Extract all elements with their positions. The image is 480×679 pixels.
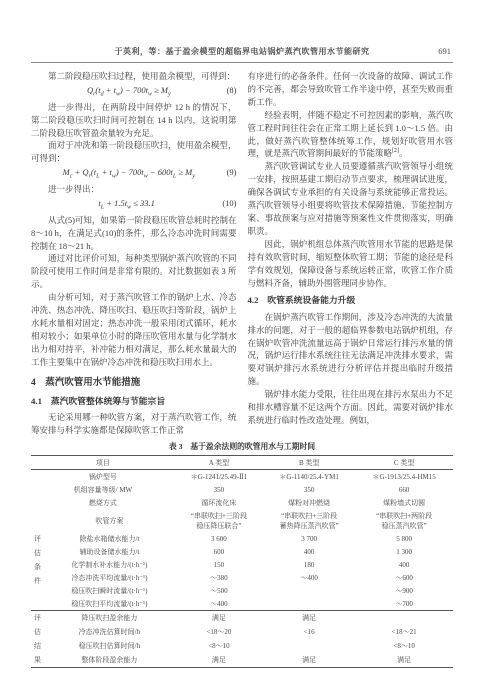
paragraph: 蒸汽吹管调试专业人员要遵循蒸汽吹管领导小组统一安排，按照基建工期启动节点要求，梳… [248, 160, 454, 237]
table-caption: 表 3 基于盈余法则的吹管用水与工期时间 [31, 441, 453, 452]
section-heading-4: 4 蒸汽吹管用水节能措施 [31, 376, 237, 390]
equation-number: (8) [227, 84, 237, 97]
paragraph: 通过对比评价可知，每种类型锅炉蒸汽吹管的不同阶段可使用工作时间是非常有限的。对比… [31, 252, 237, 291]
table-3: 项目 A 类型 B 类型 C 类型 锅炉型号 ＊G-1241/25.49-Ⅱ1 … [31, 455, 453, 668]
paragraph: 在锅炉蒸汽吹管工作期间，涉及冷态冲洗的大流量排水的问题，对于一般的超临界参数电站… [248, 311, 454, 388]
table-row: 燃烧方式 循环流化床 煤粉对冲燃烧 煤粉墙式切圆 [31, 496, 453, 509]
column-header-item: 项目 [31, 456, 175, 470]
equation-8: Qr(td + tw) − 700tw ≥ My (8) [31, 84, 237, 100]
table-row: 化学制水补水能力/(t·h⁻¹) 150 180 400 [31, 558, 453, 571]
equation-number: (10) [222, 197, 236, 210]
paper-page: 于英利，等：基于盈余模型的超临界电站锅炉蒸汽吹管用水节能研究 691 第二阶段稳… [0, 0, 480, 679]
table-row: 整体阶段盈余能力 满足 满足 满足 [31, 653, 453, 668]
table-row: 冷态冲洗平均流量/(t·h⁻¹) ～380 ～400 ～600 [31, 571, 453, 584]
table-row: 冷态冲洗估算时间/h <18～20 <16 <18～21 [31, 625, 453, 639]
running-title: 于英利，等：基于盈余模型的超临界电站锅炉蒸汽吹管用水节能研究 [31, 46, 453, 57]
column-header-a: A 类型 [175, 456, 263, 470]
row-group-conditions: 评估条件 [31, 509, 44, 611]
table-3-block: 表 3 基于盈余法则的吹管用水与工期时间 项目 A 类型 B 类型 C 类型 锅… [31, 441, 453, 668]
equation-body: Qr(td + tw) − 700tw ≥ My [31, 84, 227, 100]
table-row: 评估结果 降压吹扫盈余能力 满足 满足 [31, 611, 453, 626]
paragraph: 锅炉排水能力受限，往往出现在排污水泵出力不足和排水槽容量不足这两个方面。因此，需… [248, 388, 454, 427]
equation-body: tL + 1.5tw ≤ 33.1 [31, 197, 222, 213]
table-row: 除盐水箱储水能力/t 3 600 3 700 5 800 [31, 532, 453, 545]
page-number: 691 [438, 46, 451, 56]
table-header-row: 项目 A 类型 B 类型 C 类型 [31, 456, 453, 470]
citation-ref: [2] [392, 149, 399, 155]
paragraph: 进一步得出： [31, 183, 237, 196]
equation-10: tL + 1.5tw ≤ 33.1 (10) [31, 197, 237, 213]
table-row: 锅炉型号 ＊G-1241/25.49-Ⅱ1 ＊G-1140/25.4-YM1 ＊… [31, 470, 453, 484]
paragraph: 从式(5)可知，如果第一阶段稳压吹管总耗时控制在 8～10 h，在满足式(10)… [31, 214, 237, 253]
row-group-results: 评估结果 [31, 611, 44, 668]
subsection-heading-4-1: 4.1 蒸汽吹管整体统筹与节能宗旨 [31, 395, 237, 408]
paragraph: 有序进行的必备条件。任何一次设备的故障、调试工作的不完善，都会导致吹管工作半途中… [248, 70, 454, 109]
table-row: 稳压吹扫估算时间/h <8～10 <8～10 [31, 639, 453, 653]
column-header-c: C 类型 [355, 456, 453, 470]
table-row: 稳压吹扫瞬时流量/(t·h⁻¹) ～500 ～900 [31, 584, 453, 597]
paragraph: 经验表明，伴随不稳定不可控因素的影响，蒸汽吹管工程时间往往会在正常工期上延长到 … [248, 109, 454, 161]
paragraph: 因此，锅炉机组总体蒸汽吹管用水节能的思路是保持有效吹管时间，缩短整体吹管工期；节… [248, 238, 454, 290]
column-header-b: B 类型 [263, 456, 355, 470]
table-row: 机组容量等级/ MW 350 350 660 [31, 483, 453, 496]
paragraph: 进一步得出，在两阶段中间停炉 12 h 的情况下，第二阶段稳压吹扫时间可控制在 … [31, 101, 237, 140]
paragraph: 面对于冲洗和第一阶段稳压吹扫，使用盈余模型，可得到： [31, 139, 237, 165]
paragraph: 第二阶段稳压吹扫过程，使用盈余模型，可得到： [31, 70, 237, 83]
subsection-heading-4-2: 4.2 吹管系统设备能力升级 [248, 294, 454, 307]
equation-number: (9) [227, 166, 237, 179]
page-header: 于英利，等：基于盈余模型的超临界电站锅炉蒸汽吹管用水节能研究 691 [31, 46, 453, 63]
paragraph: 无论采用哪一种吹管方案，对于蒸汽吹管工作，统筹安排与科学实施都是保障吹管工作正常 [31, 411, 237, 437]
table-row: 辅助设备储水能力/t 600 400 1 300 [31, 545, 453, 558]
left-column: 第二阶段稳压吹扫过程，使用盈余模型，可得到： Qr(td + tw) − 700… [31, 70, 237, 442]
paragraph: 由分析可知，对于蒸汽吹管工作的锅炉上水、冷态冲洗、热态冲洗、降压吹扫、稳压吹扫等… [31, 291, 237, 368]
right-column: 有序进行的必备条件。任何一次设备的故障、调试工作的不完善，都会导致吹管工作半途中… [248, 70, 454, 442]
equation-9: Mc + Qr(tL + tw) − 700tw − 600tL ≥ My (9… [31, 166, 237, 182]
equation-body: Mc + Qr(tL + tw) − 700tw − 600tL ≥ My [31, 166, 227, 182]
two-column-body: 第二阶段稳压吹扫过程，使用盈余模型，可得到： Qr(td + tw) − 700… [31, 70, 453, 442]
table-row: 稳压吹扫平均流量/(t·h⁻¹) ～400 ～700 [31, 597, 453, 611]
table-row: 评估条件 吹管方案 “串联吹扫+三阶段 稳压降压联合” “串联吹扫+三阶段 蓄热… [31, 509, 453, 532]
